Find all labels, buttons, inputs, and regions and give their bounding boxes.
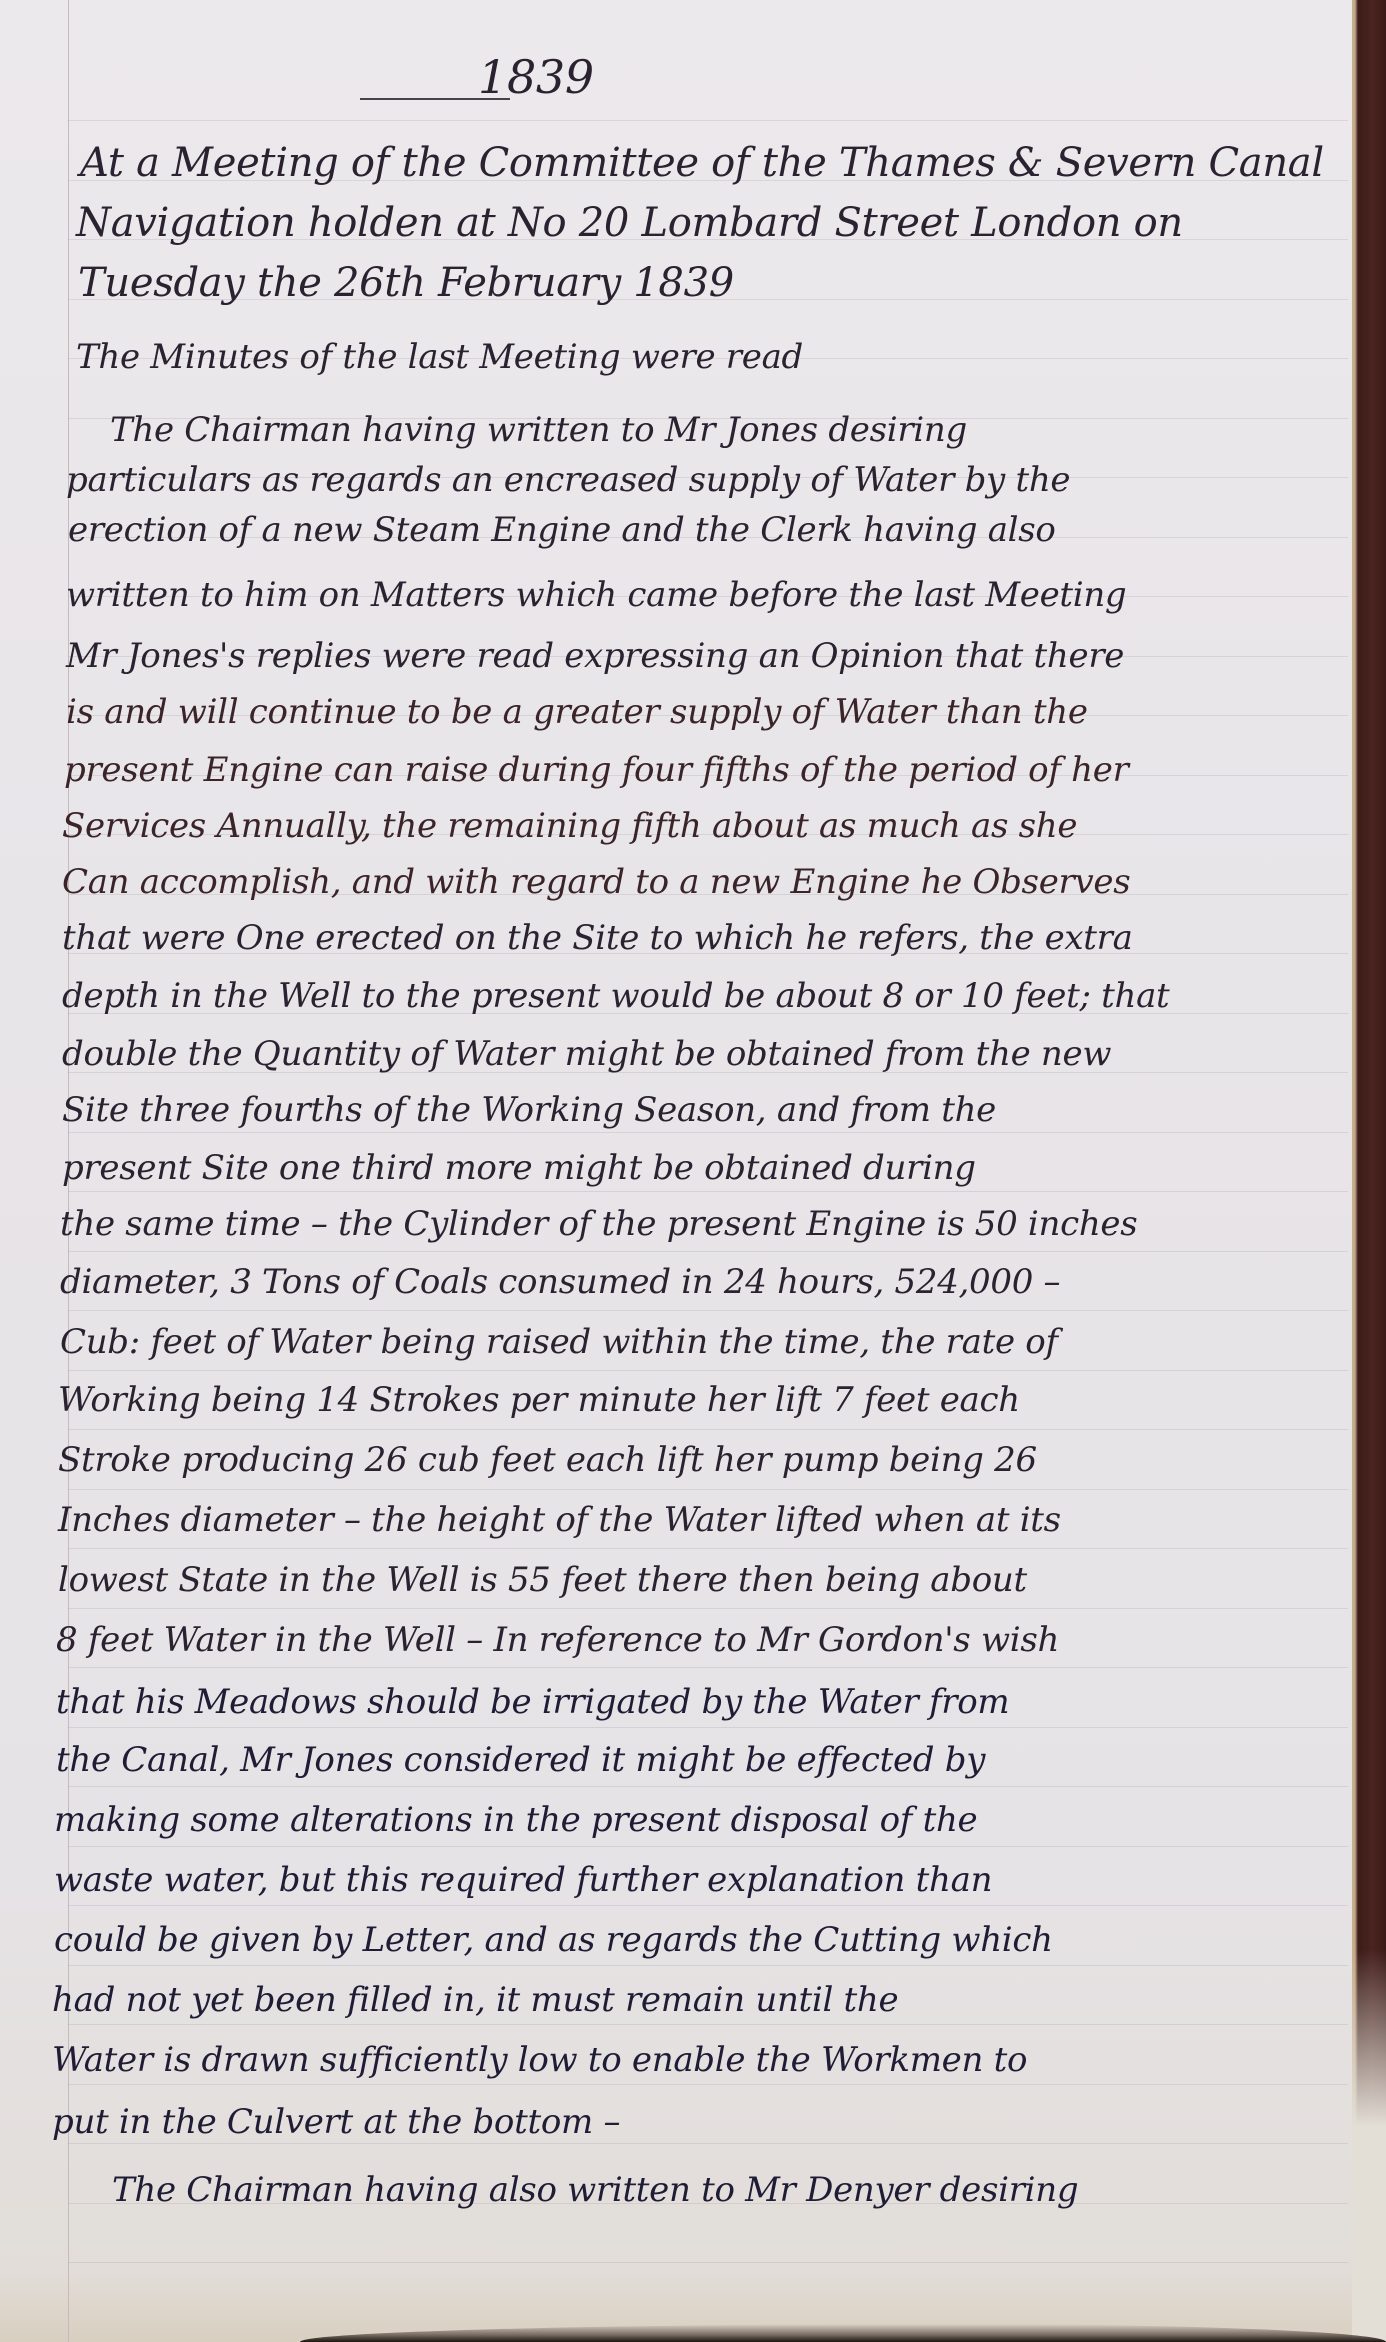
minutes-line: present Site one third more might be obt… — [62, 1148, 976, 1188]
minutes-line: lowest State in the Well is 55 feet ther… — [58, 1560, 1027, 1600]
minutes-line: making some alterations in the present d… — [54, 1800, 977, 1840]
minutes-line: that his Meadows should be irrigated by … — [56, 1682, 1009, 1722]
minutes-line: particulars as regards an encreased supp… — [66, 460, 1070, 500]
minutes-line: that were One erected on the Site to whi… — [62, 918, 1133, 958]
minutes-line: diameter, 3 Tons of Coals consumed in 24… — [60, 1262, 1060, 1302]
ruled-line — [68, 1370, 1348, 1371]
ruled-line — [68, 1608, 1348, 1609]
ruled-line — [68, 2084, 1348, 2085]
ruled-line — [68, 1667, 1348, 1668]
ruled-line — [68, 1310, 1348, 1311]
ruled-line — [68, 1132, 1348, 1133]
minutes-line: had not yet been filled in, it must rema… — [52, 1980, 898, 2020]
minutes-line: could be given by Letter, and as regards… — [54, 1920, 1053, 1960]
minutes-line: put in the Culvert at the bottom – — [52, 2102, 620, 2142]
ruled-line — [68, 120, 1348, 121]
minutes-line: written to him on Matters which came bef… — [66, 575, 1126, 615]
heading-line-3: Tuesday the 26th February 1839 — [78, 260, 734, 306]
ruled-line — [68, 1727, 1348, 1728]
minutes-line: 8 feet Water in the Well – In reference … — [56, 1620, 1059, 1660]
minutes-line: Can accomplish, and with regard to a new… — [62, 862, 1130, 902]
minutes-line: is and will continue to be a greater sup… — [66, 692, 1088, 732]
ruled-line — [68, 1548, 1348, 1549]
ruled-line — [68, 1429, 1348, 1430]
minutes-line: Mr Jones's replies were read expressing … — [66, 636, 1124, 676]
year-heading: 1839 — [478, 50, 594, 104]
minutes-line: double the Quantity of Water might be ob… — [62, 1034, 1111, 1074]
minutes-line: present Engine can raise during four fif… — [64, 750, 1129, 790]
minutes-line: Cub: feet of Water being raised within t… — [60, 1322, 1058, 1362]
ruled-line — [68, 2024, 1348, 2025]
ruled-line — [68, 1489, 1348, 1490]
minutes-line: Working being 14 Strokes per minute her … — [58, 1380, 1020, 1420]
minutes-line: waste water, but this required further e… — [54, 1860, 992, 1900]
minutes-line: the Canal, Mr Jones considered it might … — [56, 1740, 985, 1780]
heading-line-1: At a Meeting of the Committee of the Tha… — [80, 140, 1330, 186]
minutes-line: depth in the Well to the present would b… — [62, 976, 1169, 1016]
ruled-line — [68, 1965, 1348, 1966]
minutes-line: Site three fourths of the Working Season… — [62, 1090, 996, 1130]
minutes-line: The Minutes of the last Meeting were rea… — [76, 337, 803, 377]
ruled-line — [68, 1786, 1348, 1787]
minutes-line: Services Annually, the remaining fifth a… — [62, 806, 1077, 846]
ruled-line — [68, 1846, 1348, 1847]
ruled-line — [68, 2262, 1348, 2263]
minutes-line: Water is drawn sufficiently low to enabl… — [52, 2040, 1027, 2080]
page-edge-lower — [1352, 1950, 1386, 2342]
ruled-line — [68, 1251, 1348, 1252]
heading-line-2: Navigation holden at No 20 Lombard Stree… — [76, 200, 1183, 246]
minutes-line: The Chairman having written to Mr Jones … — [110, 410, 967, 450]
minutes-line: Stroke producing 26 cub feet each lift h… — [58, 1440, 1037, 1480]
minutes-line: Inches diameter – the height of the Wate… — [58, 1500, 1061, 1540]
ruled-line — [68, 1191, 1348, 1192]
ruled-line — [68, 1905, 1348, 1906]
minutes-line: The Chairman having also written to Mr D… — [112, 2170, 1078, 2210]
minutes-line: the same time – the Cylinder of the pres… — [60, 1204, 1137, 1244]
ruled-line — [68, 2143, 1348, 2144]
minutes-line: erection of a new Steam Engine and the C… — [68, 510, 1056, 550]
